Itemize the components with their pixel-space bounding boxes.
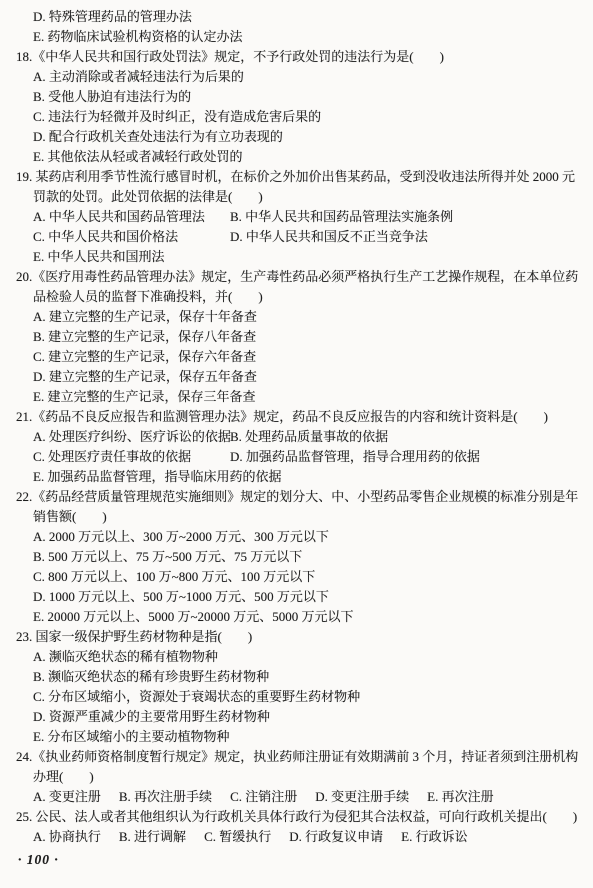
question-line: 24.《执业药师资格制度暂行规定》规定，执业药师注册证有效期满前 3 个月，持证… — [0, 747, 593, 767]
option-line: A. 濒临灭绝状态的稀有植物物种 — [0, 647, 593, 667]
option-columns-row: C. 处理医疗责任事故的依据D. 加强药品监督管理，指导合理用药的依据 — [0, 447, 593, 467]
option-line: C. 分布区域缩小，资源处于衰竭状态的重要野生药材物种 — [0, 687, 593, 707]
option-columns-row: A. 处理医疗纠纷、医疗诉讼的依据B. 处理药品质量事故的依据 — [0, 427, 593, 447]
option-line: A. 主动消除或者减轻违法行为后果的 — [0, 67, 593, 87]
option-line: B. 受他人胁迫有违法行为的 — [0, 87, 593, 107]
option-item: B. 中华人民共和国药品管理法实施条例 — [230, 207, 453, 227]
question-line: 20.《医疗用毒性药品管理办法》规定，生产毒性药品必须严格执行生产工艺操作规程，… — [0, 267, 593, 287]
option-line: C. 建立完整的生产记录，保存六年备查 — [0, 347, 593, 367]
question-continuation-line: 销售额( ) — [0, 507, 593, 527]
option-line: A. 2000 万元以上、300 万~2000 万元、300 万元以下 — [0, 527, 593, 547]
option-item: B. 进行调解 — [119, 827, 186, 847]
option-inline-row: A. 协商执行B. 进行调解C. 暂缓执行D. 行政复议申请E. 行政诉讼 — [0, 827, 593, 847]
option-line: C. 违法行为轻微并及时纠正，没有造成危害后果的 — [0, 107, 593, 127]
option-item: C. 暂缓执行 — [204, 827, 271, 847]
option-item: E. 再次注册 — [427, 787, 493, 807]
option-item: D. 加强药品监督管理，指导合理用药的依据 — [230, 447, 480, 467]
question-line: 23. 国家一级保护野生药材物种是指( ) — [0, 627, 593, 647]
option-item: A. 中华人民共和国药品管理法 — [33, 207, 230, 227]
question-line: 19. 某药店利用季节性流行感冒时机，在标价之外加价出售某药品，受到没收违法所得… — [0, 167, 593, 187]
option-line: E. 其他依法从轻或者减轻行政处罚的 — [0, 147, 593, 167]
option-inline-row: A. 变更注册B. 再次注册手续C. 注销注册D. 变更注册手续E. 再次注册 — [0, 787, 593, 807]
scanned-exam-page: D. 特殊管理药品的管理办法E. 药物临床试验机构资格的认定办法18.《中华人民… — [0, 0, 593, 888]
option-item: D. 变更注册手续 — [315, 787, 409, 807]
option-line: A. 建立完整的生产记录，保存十年备查 — [0, 307, 593, 327]
option-line: D. 资源严重减少的主要常用野生药材物种 — [0, 707, 593, 727]
page-number: · 100 · — [0, 852, 593, 868]
option-line: E. 加强药品监督管理，指导临床用药的依据 — [0, 467, 593, 487]
question-line: 21.《药品不良反应报告和监测管理办法》规定，药品不良反应报告的内容和统计资料是… — [0, 407, 593, 427]
option-line: E. 药物临床试验机构资格的认定办法 — [0, 27, 593, 47]
option-item: A. 变更注册 — [33, 787, 101, 807]
option-columns-row: A. 中华人民共和国药品管理法B. 中华人民共和国药品管理法实施条例 — [0, 207, 593, 227]
question-continuation-line: 品检验人员的监督下准确投料，并( ) — [0, 287, 593, 307]
option-item: D. 行政复议申请 — [289, 827, 383, 847]
option-item: B. 处理药品质量事故的依据 — [230, 427, 388, 447]
option-line: D. 1000 万元以上、500 万~1000 万元、500 万元以下 — [0, 587, 593, 607]
question-continuation-line: 罚款的处罚。此处罚依据的法律是( ) — [0, 187, 593, 207]
option-line: D. 特殊管理药品的管理办法 — [0, 7, 593, 27]
option-item: D. 中华人民共和国反不正当竞争法 — [230, 227, 428, 247]
question-continuation-line: 办理( ) — [0, 767, 593, 787]
option-line: E. 建立完整的生产记录，保存三年备查 — [0, 387, 593, 407]
option-line: B. 500 万元以上、75 万~500 万元、75 万元以下 — [0, 547, 593, 567]
option-item: C. 处理医疗责任事故的依据 — [33, 447, 230, 467]
question-line: 25. 公民、法人或者其他组织认为行政机关具体行政行为侵犯其合法权益，可向行政机… — [0, 807, 593, 827]
option-item: C. 注销注册 — [230, 787, 297, 807]
question-list: D. 特殊管理药品的管理办法E. 药物临床试验机构资格的认定办法18.《中华人民… — [0, 0, 593, 847]
option-line: B. 濒临灭绝状态的稀有珍贵野生药材物种 — [0, 667, 593, 687]
option-item: B. 再次注册手续 — [119, 787, 212, 807]
question-line: 18.《中华人民共和国行政处罚法》规定，不予行政处罚的违法行为是( ) — [0, 47, 593, 67]
option-line: E. 分布区域缩小的主要动植物物种 — [0, 727, 593, 747]
option-line: D. 建立完整的生产记录，保存五年备查 — [0, 367, 593, 387]
option-item: E. 行政诉讼 — [401, 827, 467, 847]
option-columns-row: C. 中华人民共和国价格法D. 中华人民共和国反不正当竞争法 — [0, 227, 593, 247]
option-line: E. 中华人民共和国刑法 — [0, 247, 593, 267]
option-item: C. 中华人民共和国价格法 — [33, 227, 230, 247]
option-line: E. 20000 万元以上、5000 万~20000 万元、5000 万元以下 — [0, 607, 593, 627]
option-item: A. 协商执行 — [33, 827, 101, 847]
option-line: B. 建立完整的生产记录，保存八年备查 — [0, 327, 593, 347]
question-line: 22.《药品经营质量管理规范实施细则》规定的划分大、中、小型药品零售企业规模的标… — [0, 487, 593, 507]
option-line: C. 800 万元以上、100 万~800 万元、100 万元以下 — [0, 567, 593, 587]
option-line: D. 配合行政机关查处违法行为有立功表现的 — [0, 127, 593, 147]
option-item: A. 处理医疗纠纷、医疗诉讼的依据 — [33, 427, 230, 447]
